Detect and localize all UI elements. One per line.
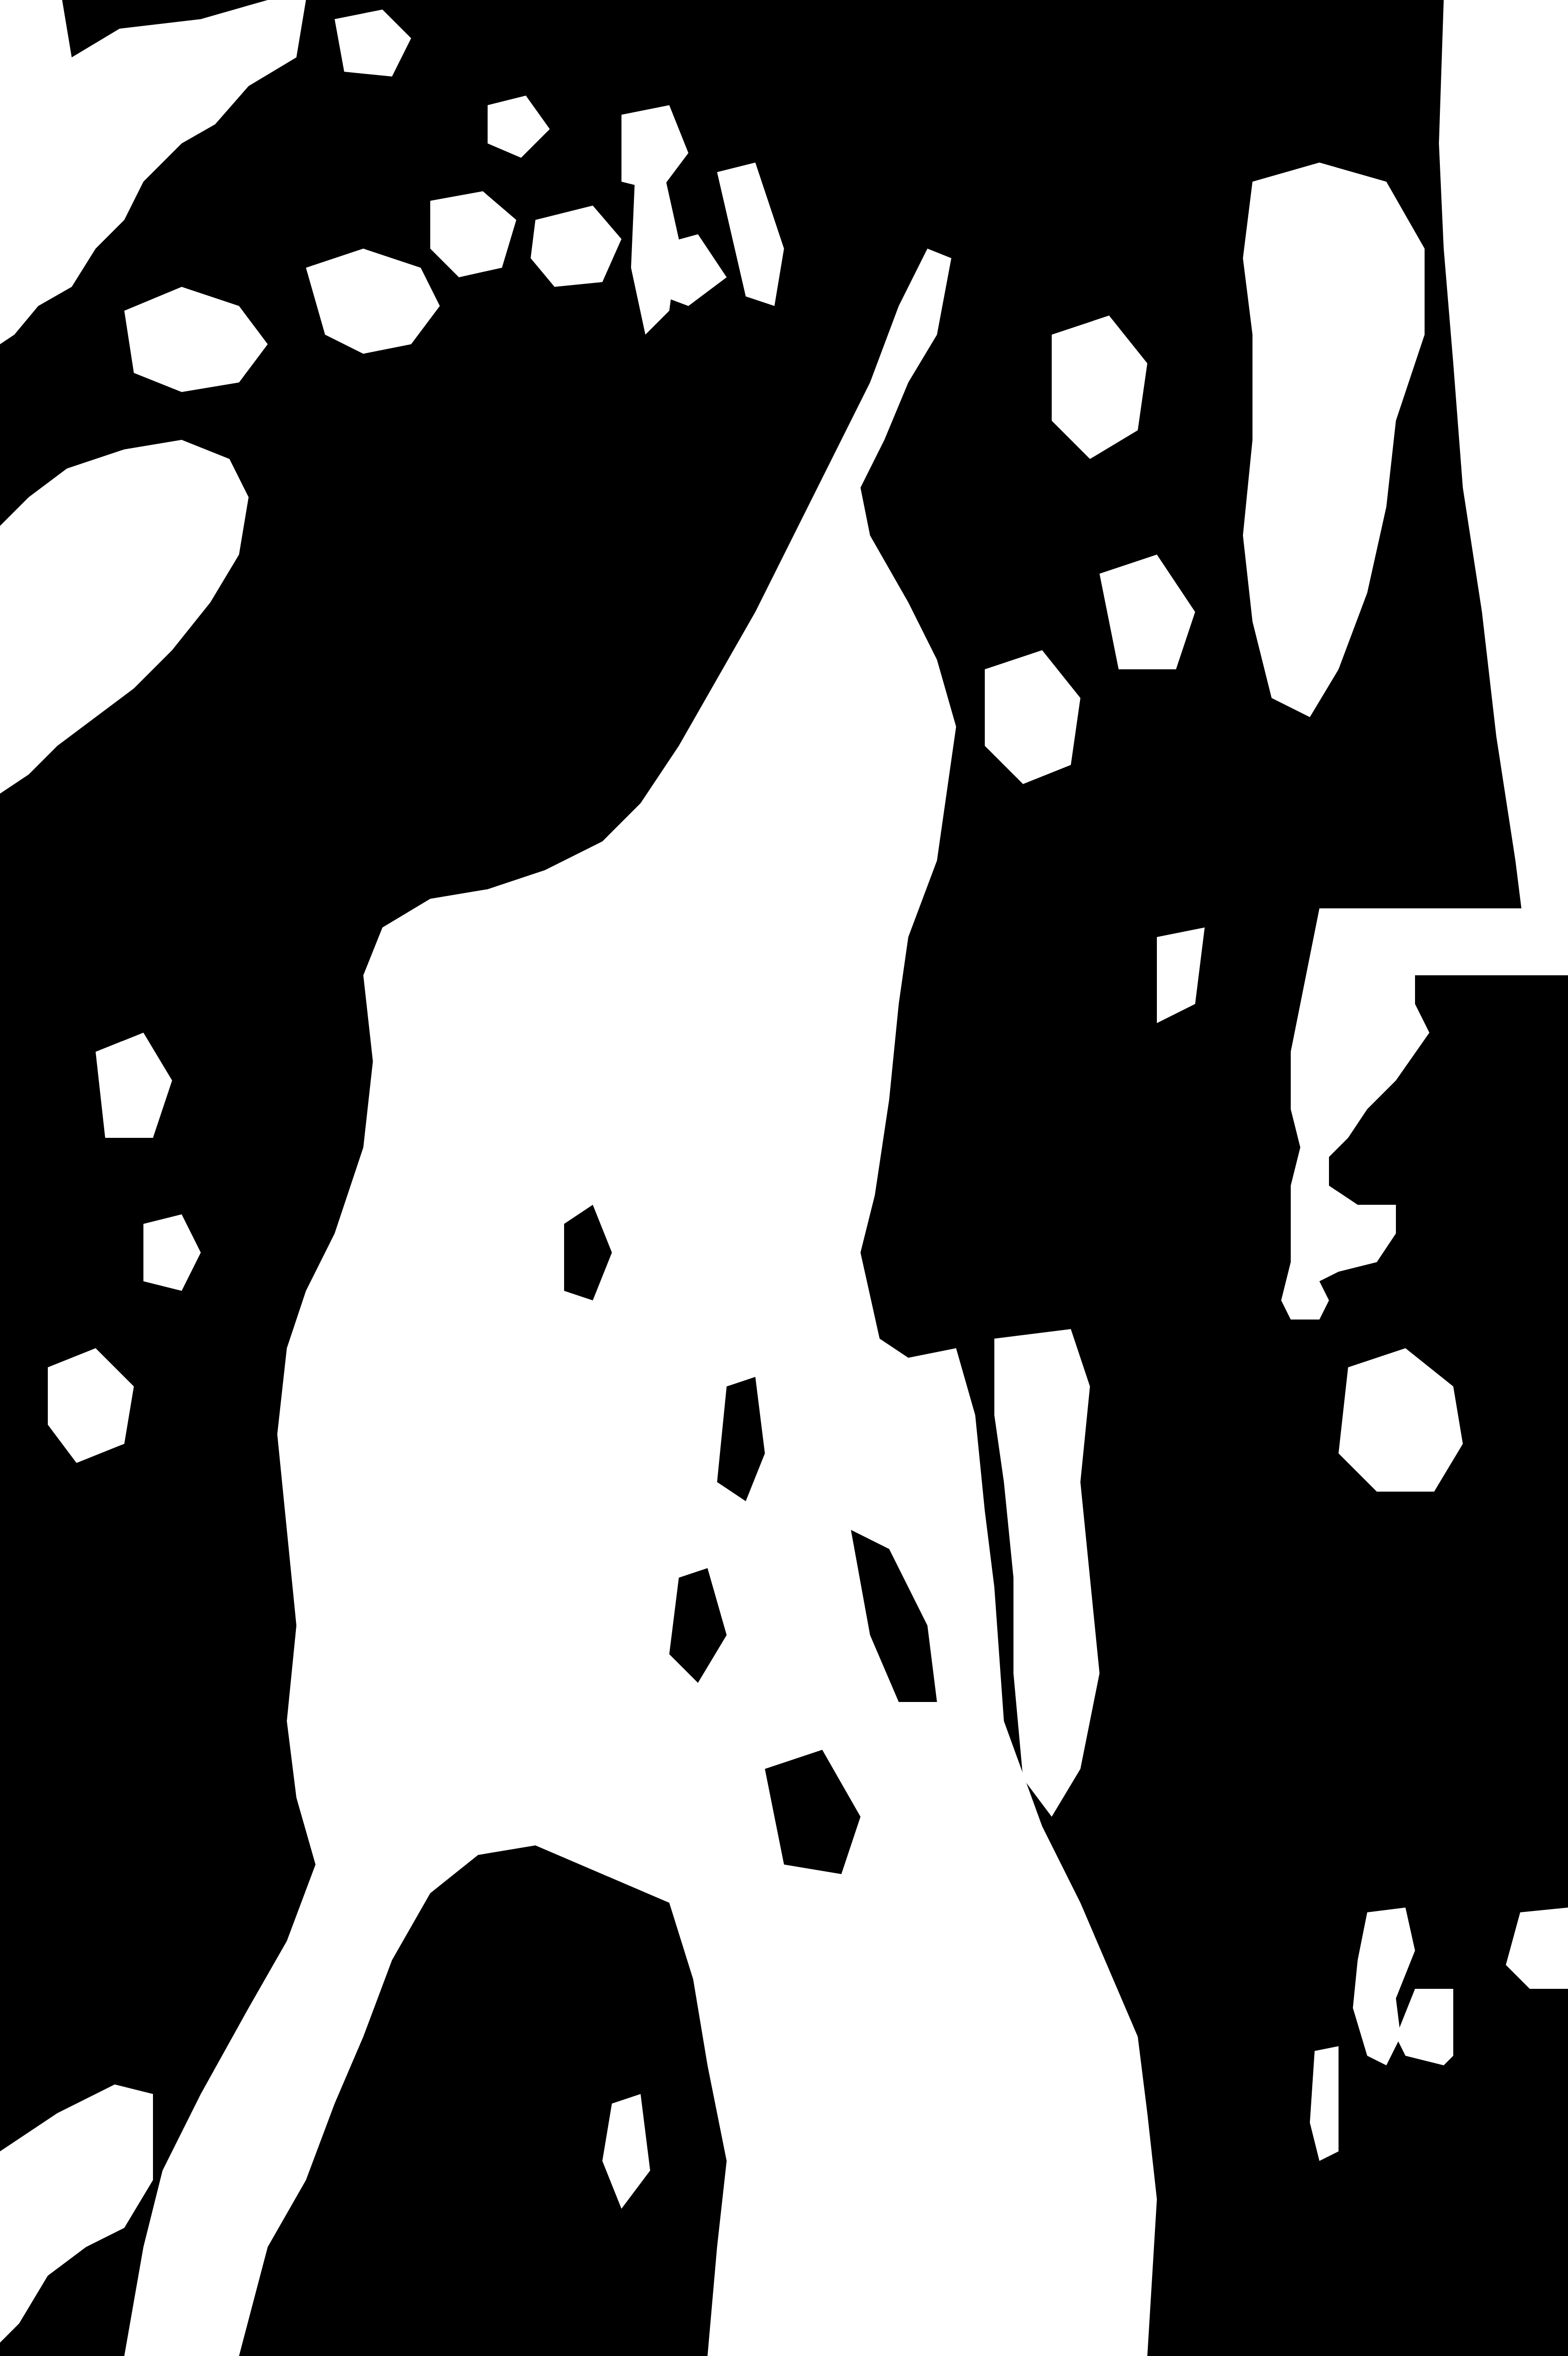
segmentation-mask <box>0 0 1568 2356</box>
